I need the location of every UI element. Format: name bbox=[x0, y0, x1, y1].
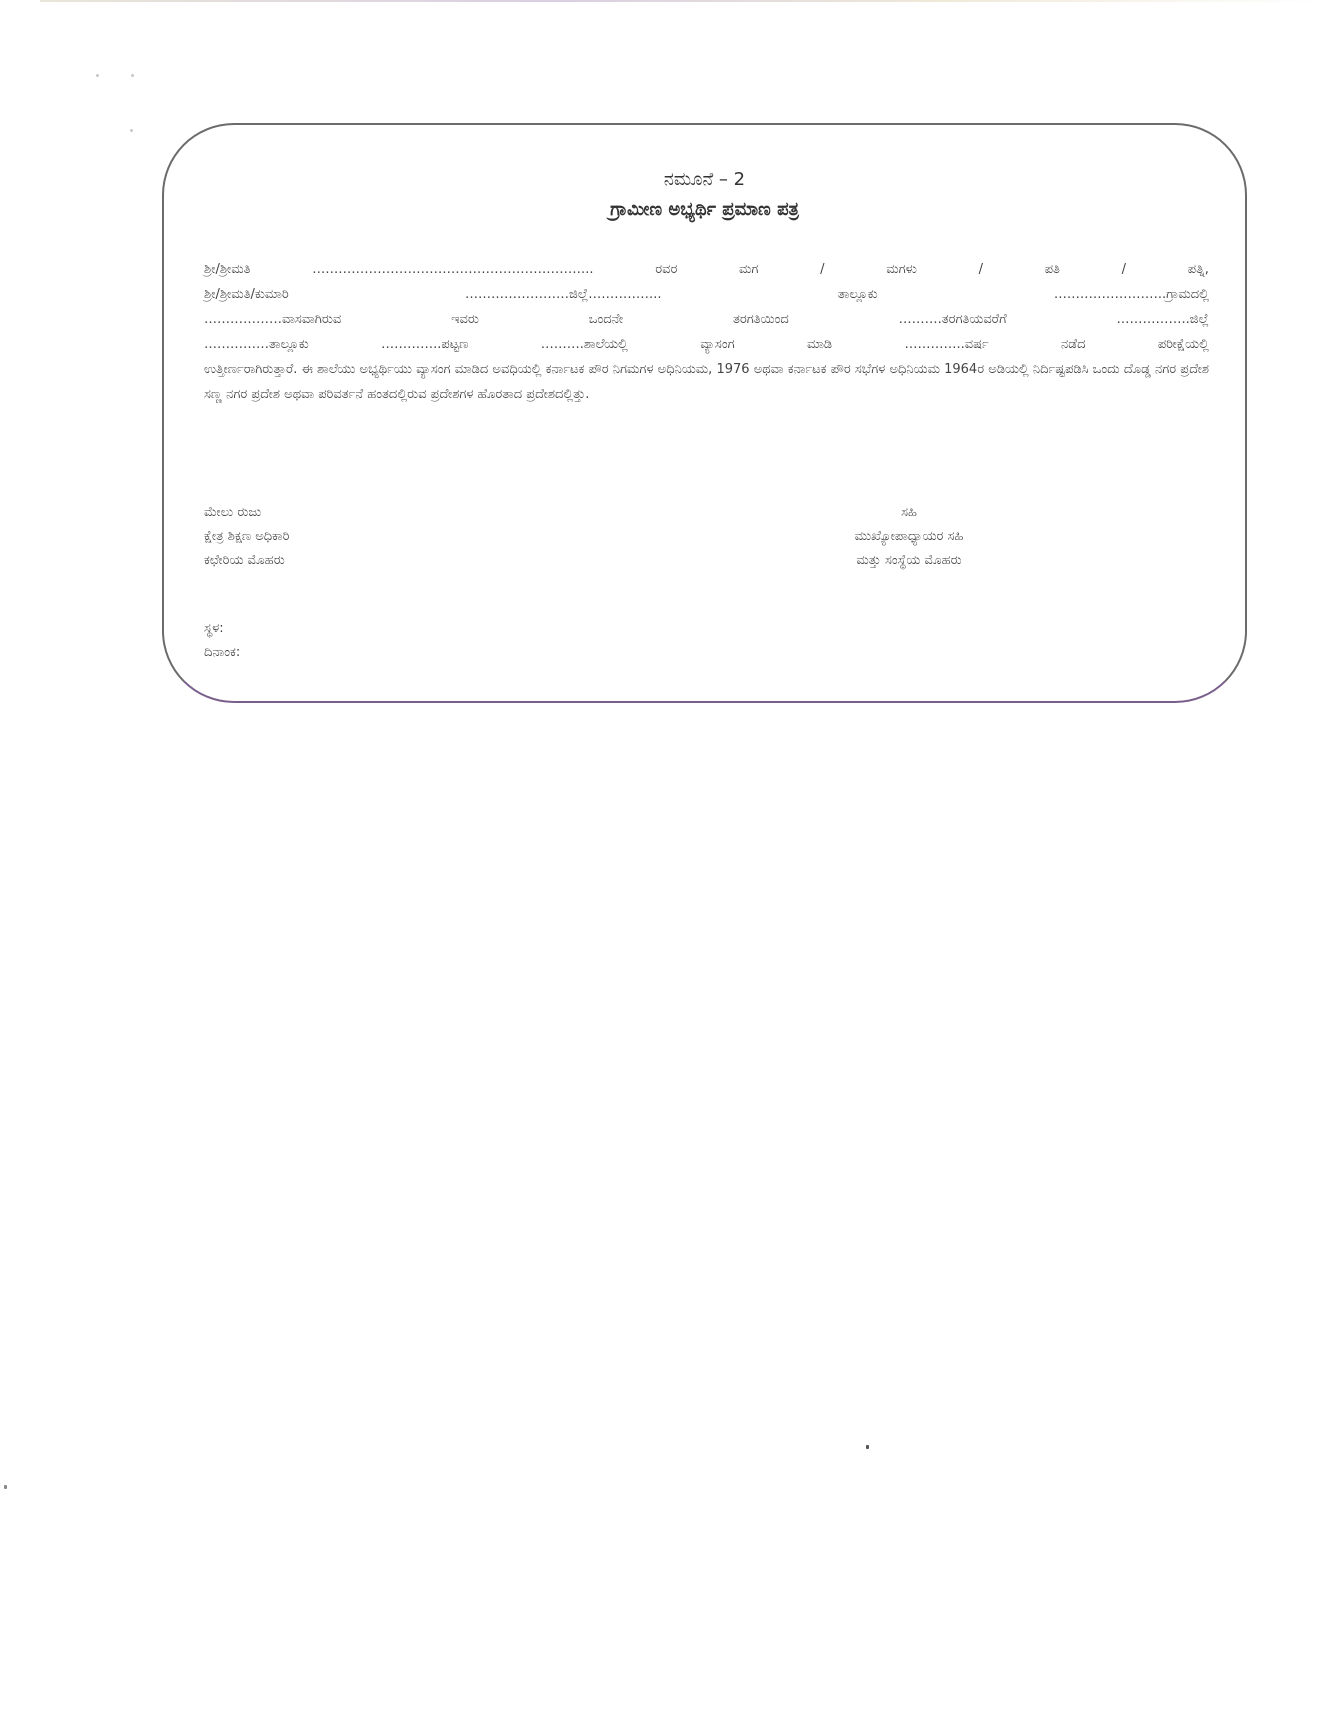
form-number: ನಮೂನೆ – 2 bbox=[164, 165, 1245, 195]
fill-in-blank: ……….ಶಾಲೆಯಲ್ಲಿ bbox=[541, 332, 628, 357]
fill-in-blank: ……….ತರಗತಿಯವರೆಗೆ bbox=[899, 307, 1007, 332]
scan-speck bbox=[131, 74, 134, 77]
row-text: ಪತ್ನಿ, bbox=[1188, 257, 1209, 282]
row-text: ಮಗಳು bbox=[886, 257, 917, 282]
signature-label: ಸಹಿ bbox=[784, 501, 1034, 525]
scan-edge-artifact bbox=[40, 0, 1325, 2]
form-header: ನಮೂನೆ – 2 ಗ್ರಾಮೀಣ ಅಭ್ಯರ್ಥಿ ಪ್ರಮಾಣ ಪತ್ರ bbox=[164, 165, 1245, 225]
row-text: ಮಾಡಿ bbox=[807, 332, 832, 357]
headmaster-signature-block: ಸಹಿ ಮುಖ್ಯೋಪಾಧ್ಯಾಯರ ಸಹಿ ಮತ್ತು ಸಂಸ್ಥೆಯ ಮೊಹ… bbox=[784, 501, 1034, 573]
scan-speck bbox=[4, 1485, 7, 1489]
row-text: / bbox=[1122, 257, 1126, 282]
scan-speck bbox=[130, 129, 133, 132]
row-text: ರವರ bbox=[655, 257, 677, 282]
row-text: ಶ್ರೀ/ಶ್ರೀಮತಿ/ಕುಮಾರಿ bbox=[204, 282, 289, 307]
fill-in-blank: ……………..ಜಿಲ್ಲೆ bbox=[1116, 307, 1209, 332]
place-date-block: ಸ್ಥಳ: ದಿನಾಂಕ: bbox=[204, 617, 240, 665]
place-label: ಸ್ಥಳ: bbox=[204, 617, 240, 641]
row-text: ಶ್ರೀ/ಶ್ರೀಮತಿ bbox=[204, 257, 251, 282]
form-row-4: ……………ತಾಲ್ಲೂಕು …………..ಪಟ್ಟಣ ……….ಶಾಲೆಯಲ್ಲಿ … bbox=[204, 332, 1209, 357]
row-text: ತಾಲ್ಲೂಕು bbox=[838, 282, 878, 307]
fill-in-blank: ……………………..ಗ್ರಾಮದಲ್ಲಿ bbox=[1054, 282, 1209, 307]
row-text: / bbox=[979, 257, 983, 282]
officer-title: ಕ್ಷೇತ್ರ ಶಿಕ್ಷಣ ಅಧಿಕಾರಿ bbox=[204, 525, 290, 549]
scan-speck bbox=[96, 74, 99, 77]
row-text: ಮಗ bbox=[739, 257, 758, 282]
certificate-body: ಶ್ರೀ/ಶ್ರೀಮತಿ ……………………………………………………….. ರವರ… bbox=[204, 257, 1209, 407]
row-text: ಒಂದನೇ bbox=[589, 307, 623, 332]
certificate-frame: ನಮೂನೆ – 2 ಗ್ರಾಮೀಣ ಅಭ್ಯರ್ಥಿ ಪ್ರಮಾಣ ಪತ್ರ ಶ… bbox=[162, 123, 1247, 703]
form-row-3: ………………ವಾಸವಾಗಿರುವ ಇವರು ಒಂದನೇ ತರಗತಿಯಿಂದ ……… bbox=[204, 307, 1209, 332]
fill-in-blank: …………..ಪಟ್ಟಣ bbox=[381, 332, 468, 357]
form-row-2: ಶ್ರೀ/ಶ್ರೀಮತಿ/ಕುಮಾರಿ ……………………ಜಿಲ್ಲೆ…………….… bbox=[204, 282, 1209, 307]
row-text: ಪತಿ bbox=[1045, 257, 1060, 282]
officer-signature-block: ಮೇಲು ರುಜು ಕ್ಷೇತ್ರ ಶಿಕ್ಷಣ ಅಧಿಕಾರಿ ಕಛೇರಿಯ … bbox=[204, 501, 290, 573]
date-label: ದಿನಾಂಕ: bbox=[204, 641, 240, 665]
row-text: / bbox=[820, 257, 824, 282]
row-text: ನಡೆದ bbox=[1061, 332, 1085, 357]
fill-in-blank: ………………ವಾಸವಾಗಿರುವ bbox=[204, 307, 341, 332]
row-text: ವ್ಯಾಸಂಗ bbox=[700, 332, 734, 357]
headmaster-signature-label: ಮುಖ್ಯೋಪಾಧ್ಯಾಯರ ಸಹಿ bbox=[784, 525, 1034, 549]
row-text: ತರಗತಿಯಿಂದ bbox=[733, 307, 789, 332]
fill-in-blank: ……………………ಜಿಲ್ಲೆ…………….. bbox=[465, 282, 662, 307]
form-title: ಗ್ರಾಮೀಣ ಅಭ್ಯರ್ಥಿ ಪ್ರಮಾಣ ಪತ್ರ bbox=[164, 195, 1245, 225]
fill-in-blank: …………..ವರ್ಷ bbox=[905, 332, 989, 357]
fill-in-blank: ……………………………………………………….. bbox=[312, 257, 593, 282]
office-seal-label: ಕಛೇರಿಯ ಮೊಹರು bbox=[204, 549, 290, 573]
countersign-label: ಮೇಲು ರುಜು bbox=[204, 501, 290, 525]
form-row-1: ಶ್ರೀ/ಶ್ರೀಮತಿ ……………………………………………………….. ರವರ… bbox=[204, 257, 1209, 282]
scan-speck bbox=[866, 1445, 869, 1449]
certificate-paragraph: ಉತ್ತೀರ್ಣರಾಗಿರುತ್ತಾರೆ. ಈ ಶಾಲೆಯು ಅಭ್ಯರ್ಥಿಯ… bbox=[204, 357, 1209, 407]
row-text: ಇವರು bbox=[451, 307, 479, 332]
institution-seal-label: ಮತ್ತು ಸಂಸ್ಥೆಯ ಮೊಹರು bbox=[784, 549, 1034, 573]
fill-in-blank: ……………ತಾಲ್ಲೂಕು bbox=[204, 332, 309, 357]
row-text: ಪರೀಕ್ಷೆಯಲ್ಲಿ bbox=[1158, 332, 1209, 357]
